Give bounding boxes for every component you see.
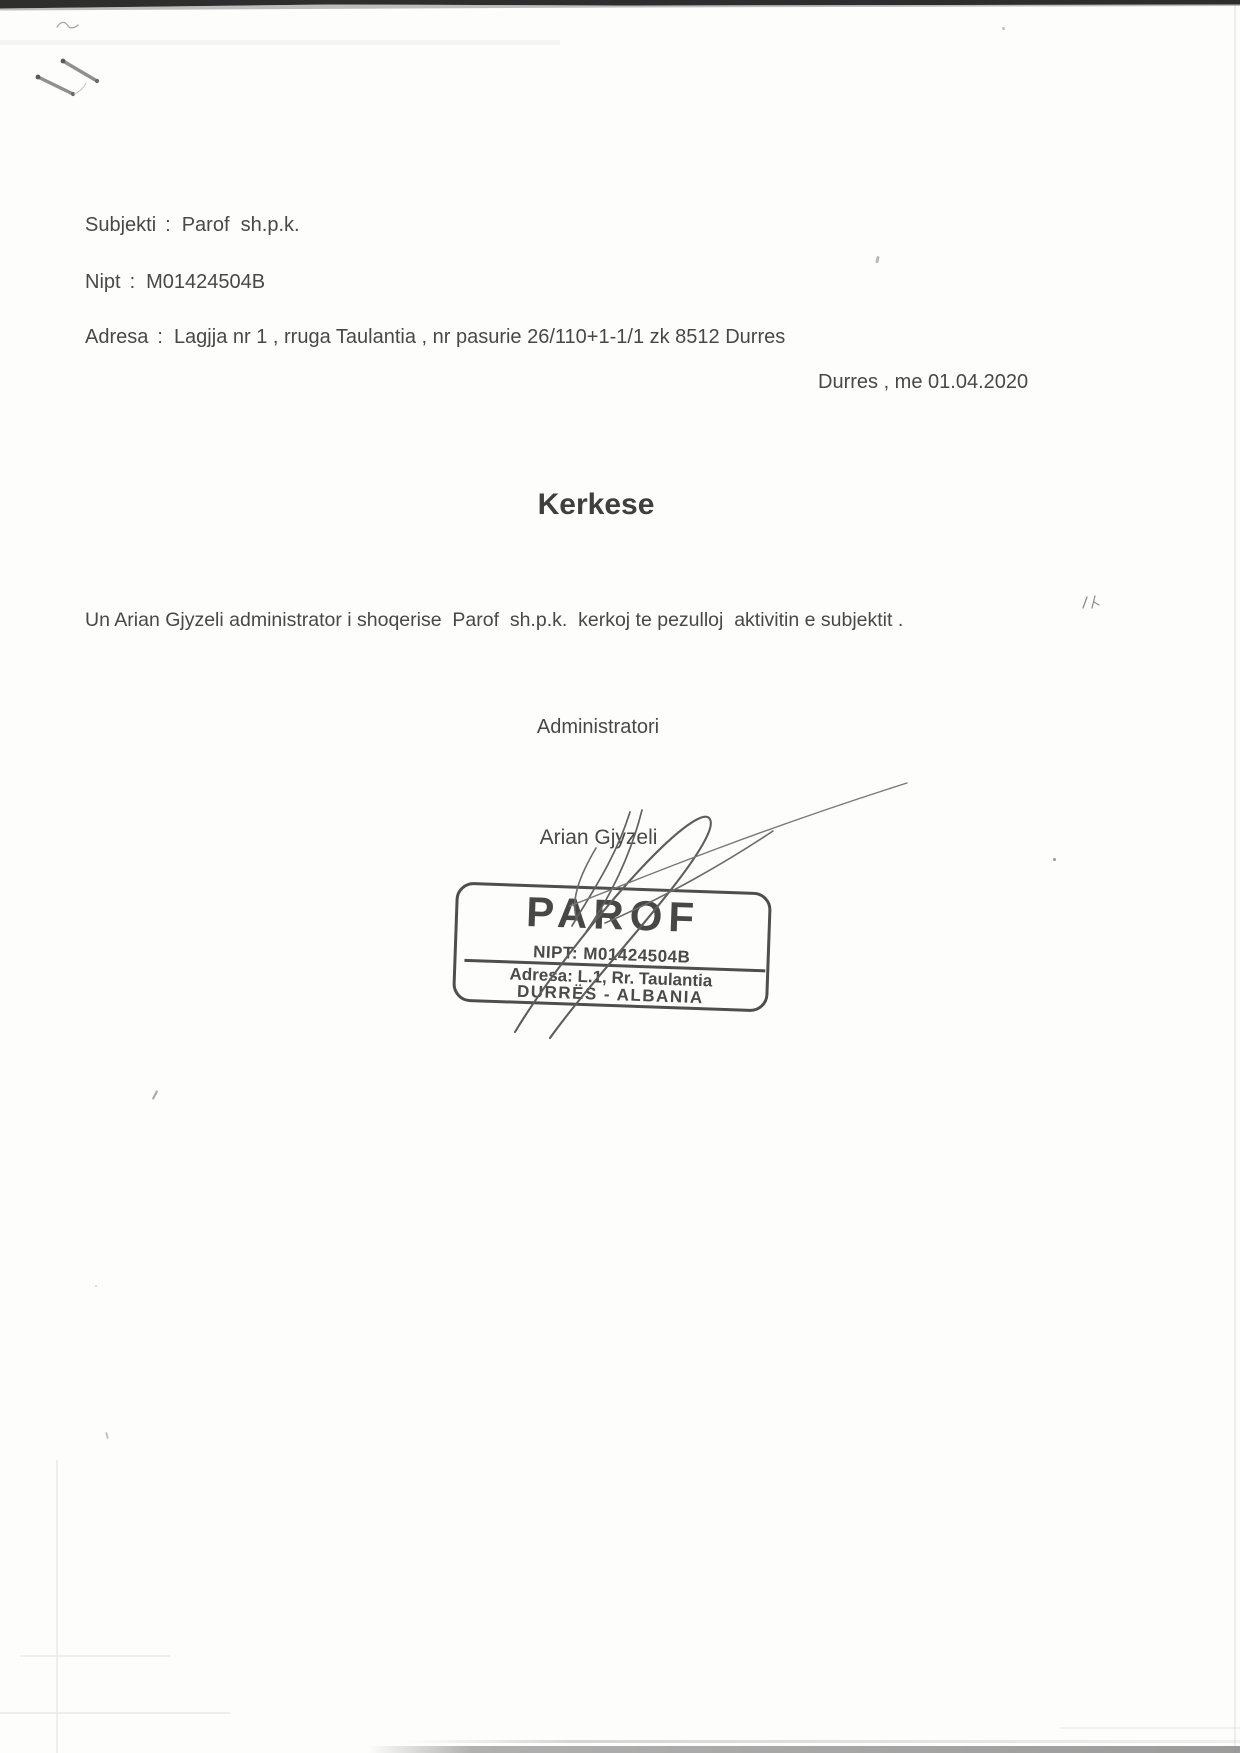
field-nipt: Nipt:M01424504B — [85, 271, 265, 294]
scan-streak — [0, 40, 560, 45]
field-subjekti: Subjekti:Parof sh.p.k. — [85, 214, 300, 237]
staple-icon — [25, 48, 117, 110]
field-label: Adresa — [85, 326, 148, 348]
scan-bottom-edge-bar — [368, 1746, 1240, 1753]
scan-left-fold-line — [56, 1460, 58, 1753]
document-title: Kerkese — [0, 488, 1192, 522]
dateline: Durres , me 01.04.2020 — [818, 371, 1028, 394]
scanned-document-page: Subjekti:Parof sh.p.k. Nipt:M01424504B A… — [0, 0, 1240, 1753]
scan-speck — [105, 1432, 109, 1439]
field-value: Lagjja nr 1 , rruga Taulantia , nr pasur… — [174, 326, 785, 348]
scan-bottom-streak — [408, 1740, 1240, 1743]
body-text: Un Arian Gjyzeli administrator i shoqeri… — [85, 609, 903, 632]
scan-top-edge-bar — [0, 0, 1240, 12]
field-adresa: Adresa:Lagjja nr 1 , rruga Taulantia , n… — [85, 326, 785, 349]
field-label: Nipt — [85, 271, 121, 293]
field-separator: : — [165, 214, 171, 236]
scan-speck — [1053, 858, 1056, 861]
scan-squiggle-mark — [55, 18, 81, 34]
scan-speck — [875, 256, 879, 263]
field-label: Subjekti — [85, 214, 156, 236]
field-value: M01424504B — [146, 271, 265, 293]
scan-streak — [20, 1655, 170, 1657]
field-separator: : — [157, 326, 163, 348]
scan-speck — [152, 1090, 158, 1100]
field-separator: : — [130, 271, 136, 293]
scan-streak — [1060, 1727, 1240, 1729]
field-value: Parof sh.p.k. — [182, 214, 300, 236]
scan-right-edge-line — [1234, 0, 1236, 1753]
scan-streak — [0, 1712, 230, 1714]
scan-speck — [95, 1285, 97, 1287]
scan-ik-mark — [1080, 593, 1102, 611]
scan-speck — [1002, 27, 1005, 30]
handwritten-signature — [420, 700, 960, 1062]
